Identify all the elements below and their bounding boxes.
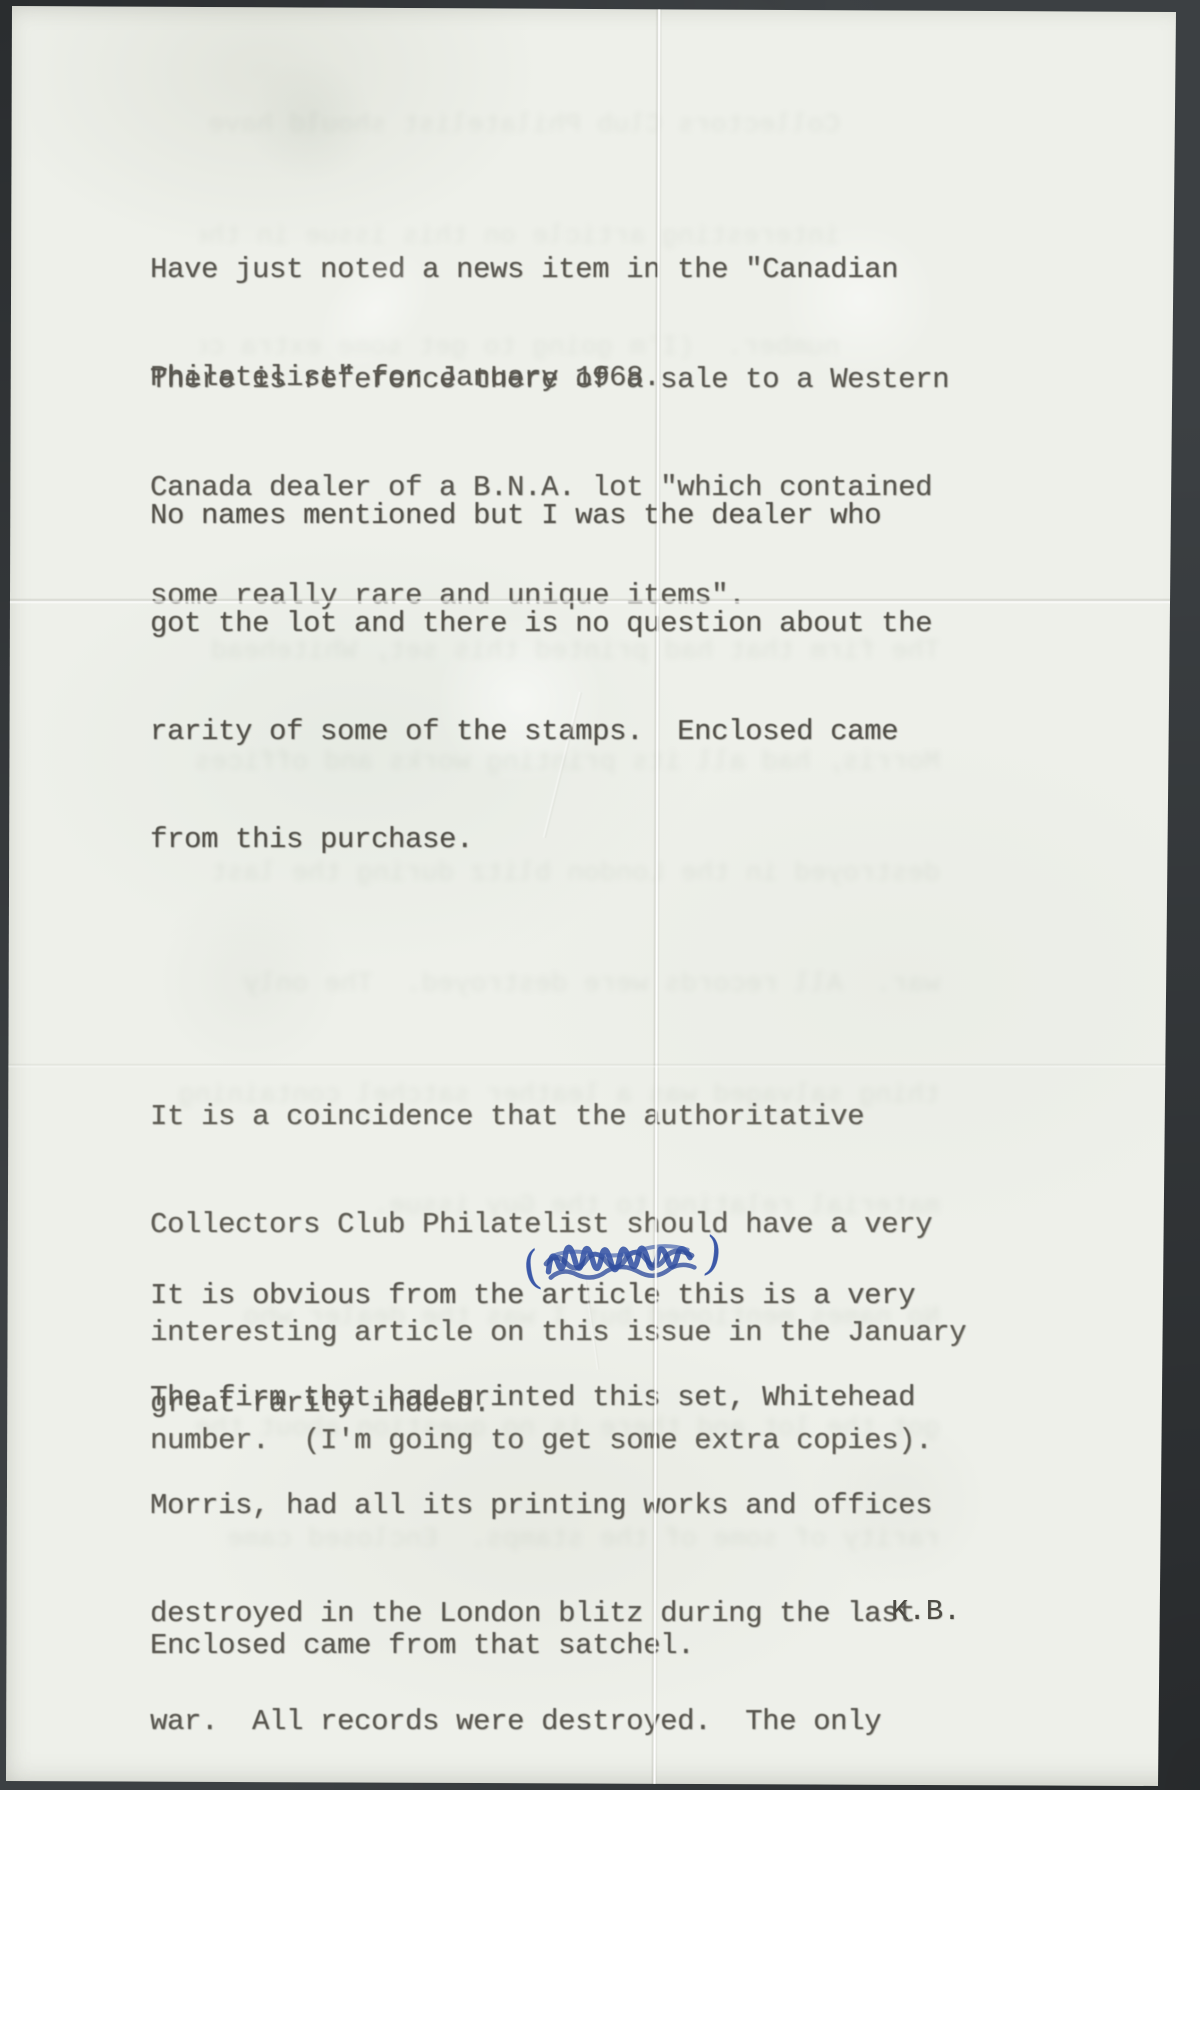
text-line: got the lot and there is no question abo… [150, 606, 932, 642]
text-line: Morris, had all its printing works and o… [150, 1488, 949, 1524]
scribble-paren-open: ( [519, 1243, 544, 1291]
text-line: No names mentioned but I was the dealer … [150, 498, 932, 534]
signature-initials: K.B. [891, 1594, 961, 1630]
horizontal-fold-crease-faint [6, 1063, 1176, 1068]
text-line: from this purchase. [150, 822, 932, 858]
text-line: Have just noted a news item in the "Cana… [150, 252, 898, 288]
scan-background: Collectors Club Philatelist should have … [0, 0, 1200, 1790]
text-line: The firm that had printed this set, Whit… [150, 1380, 949, 1416]
scribble-paren-close: ) [701, 1230, 725, 1278]
letter-paper: Collectors Club Philatelist should have … [0, 0, 1200, 1790]
text-line: There is reference there of a sale to a … [150, 362, 949, 398]
text-line: rarity of some of the stamps. Enclosed c… [150, 714, 932, 750]
horizontal-fold-crease [6, 598, 1176, 604]
paragraph-closing: Enclosed came from that satchel. [150, 1556, 694, 1736]
paragraph-no-names: No names mentioned but I was the dealer … [150, 426, 932, 930]
crossed-out-scribble-icon [541, 1227, 703, 1292]
text-line: Enclosed came from that satchel. [150, 1628, 694, 1664]
text-line: It is a coincidence that the authoritati… [150, 1099, 966, 1135]
ink-scribble-annotation: ( ) [521, 1223, 748, 1295]
